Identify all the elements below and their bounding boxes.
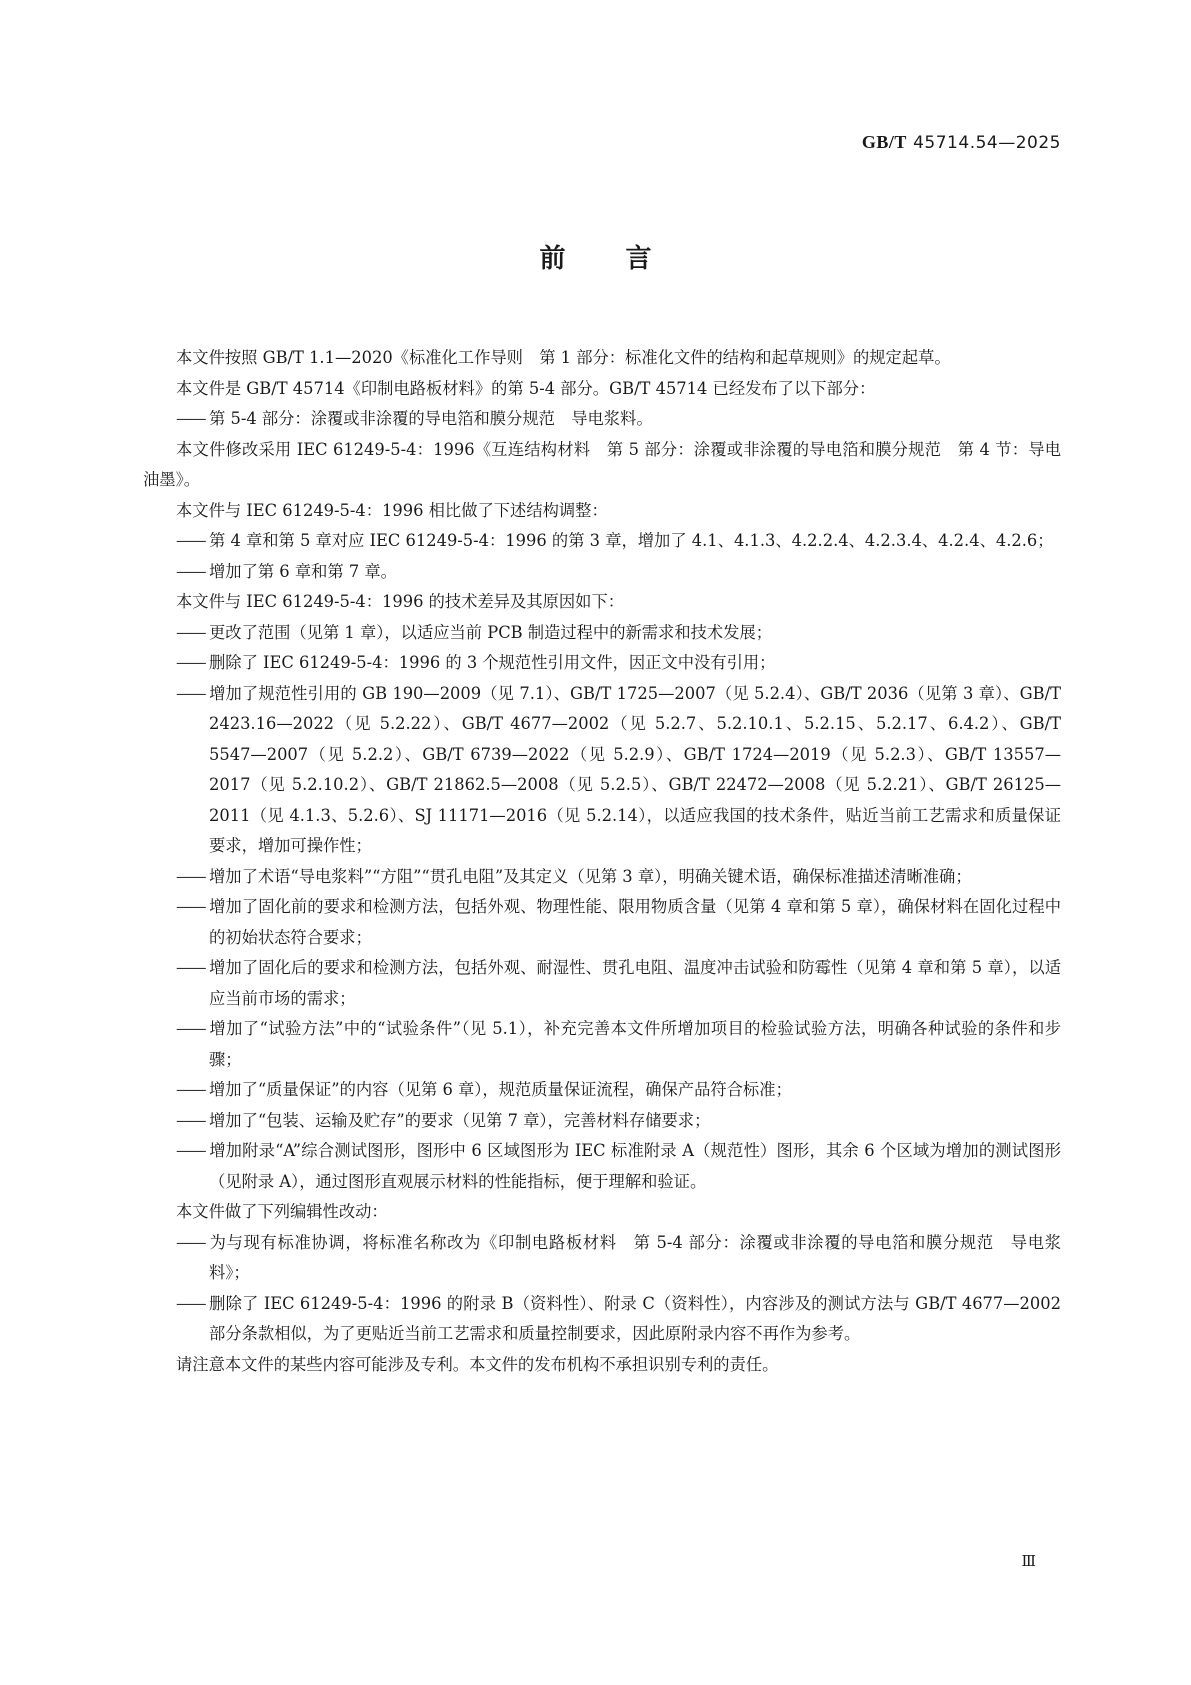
dash-marker: —— bbox=[176, 618, 209, 649]
dash-marker: —— bbox=[176, 862, 209, 893]
foreword-body: 本文件按照 GB/T 1.1—2020《标准化工作导则 第 1 部分：标准化文件… bbox=[143, 343, 1061, 1380]
page-title: 前言 bbox=[0, 238, 1191, 275]
paragraph: 本文件是 GB/T 45714《印制电路板材料》的第 5-4 部分。GB/T 4… bbox=[143, 374, 1061, 405]
paragraph: 本文件与 IEC 61249-5-4：1996 相比做了下述结构调整： bbox=[143, 496, 1061, 527]
dash-marker: —— bbox=[176, 526, 209, 557]
list-item: ——增加了“试验方法”中的“试验条件”（见 5.1），补充完善本文件所增加项目的… bbox=[143, 1014, 1061, 1075]
paragraph: 请注意本文件的某些内容可能涉及专利。本文件的发布机构不承担识别专利的责任。 bbox=[143, 1350, 1061, 1381]
title-char-2: 言 bbox=[626, 244, 652, 274]
dash-marker: —— bbox=[176, 648, 209, 679]
list-item: ——第 4 章和第 5 章对应 IEC 61249-5-4：1996 的第 3 … bbox=[143, 526, 1061, 557]
dash-marker: —— bbox=[176, 1228, 209, 1259]
list-item: ——删除了 IEC 61249-5-4：1996 的 3 个规范性引用文件，因正… bbox=[143, 648, 1061, 679]
list-item: ——增加了固化前的要求和检测方法，包括外观、物理性能、限用物质含量（见第 4 章… bbox=[143, 892, 1061, 953]
dash-marker: —— bbox=[176, 1075, 209, 1106]
list-item: ——增加了规范性引用的 GB 190—2009（见 7.1）、GB/T 1725… bbox=[143, 679, 1061, 862]
standard-identifier: GB/T 45714.54—2025 bbox=[862, 132, 1061, 153]
paragraph: 本文件修改采用 IEC 61249-5-4：1996《互连结构材料 第 5 部分… bbox=[143, 435, 1061, 496]
dash-marker: —— bbox=[176, 1014, 209, 1045]
dash-marker: —— bbox=[176, 892, 209, 923]
paragraph: 本文件做了下列编辑性改动： bbox=[143, 1197, 1061, 1228]
list-item: ——增加了“质量保证”的内容（见第 6 章），规范质量保证流程，确保产品符合标准… bbox=[143, 1075, 1061, 1106]
list-item: ——增加了“包装、运输及贮存”的要求（见第 7 章），完善材料存储要求； bbox=[143, 1106, 1061, 1137]
list-item: ——更改了范围（见第 1 章），以适应当前 PCB 制造过程中的新需求和技术发展… bbox=[143, 618, 1061, 649]
list-item: ——增加了术语“导电浆料”“方阻”“贯孔电阻”及其定义（见第 3 章），明确关键… bbox=[143, 862, 1061, 893]
dash-marker: —— bbox=[176, 1136, 209, 1167]
page-number: Ⅲ bbox=[1022, 1552, 1036, 1570]
paragraph: 本文件与 IEC 61249-5-4：1996 的技术差异及其原因如下： bbox=[143, 587, 1061, 618]
paragraph: 本文件按照 GB/T 1.1—2020《标准化工作导则 第 1 部分：标准化文件… bbox=[143, 343, 1061, 374]
list-item: ——增加了第 6 章和第 7 章。 bbox=[143, 557, 1061, 588]
list-item: ——删除了 IEC 61249-5-4：1996 的附录 B（资料性）、附录 C… bbox=[143, 1289, 1061, 1350]
standard-prefix: GB/T bbox=[862, 132, 907, 152]
dash-marker: —— bbox=[176, 953, 209, 984]
list-item: ——增加了固化后的要求和检测方法，包括外观、耐湿性、贯孔电阻、温度冲击试验和防霉… bbox=[143, 953, 1061, 1014]
title-char-1: 前 bbox=[539, 244, 565, 274]
list-item: ——为与现有标准协调，将标准名称改为《印制电路板材料 第 5-4 部分：涂覆或非… bbox=[143, 1228, 1061, 1289]
list-item: ——第 5-4 部分：涂覆或非涂覆的导电箔和膜分规范 导电浆料。 bbox=[143, 404, 1061, 435]
dash-marker: —— bbox=[176, 1289, 209, 1320]
dash-marker: —— bbox=[176, 557, 209, 588]
dash-marker: —— bbox=[176, 1106, 209, 1137]
dash-marker: —— bbox=[176, 404, 209, 435]
dash-marker: —— bbox=[176, 679, 209, 710]
list-item: ——增加附录“A”综合测试图形，图形中 6 区域图形为 IEC 标准附录 A（规… bbox=[143, 1136, 1061, 1197]
standard-number: 45714.54—2025 bbox=[913, 133, 1061, 153]
